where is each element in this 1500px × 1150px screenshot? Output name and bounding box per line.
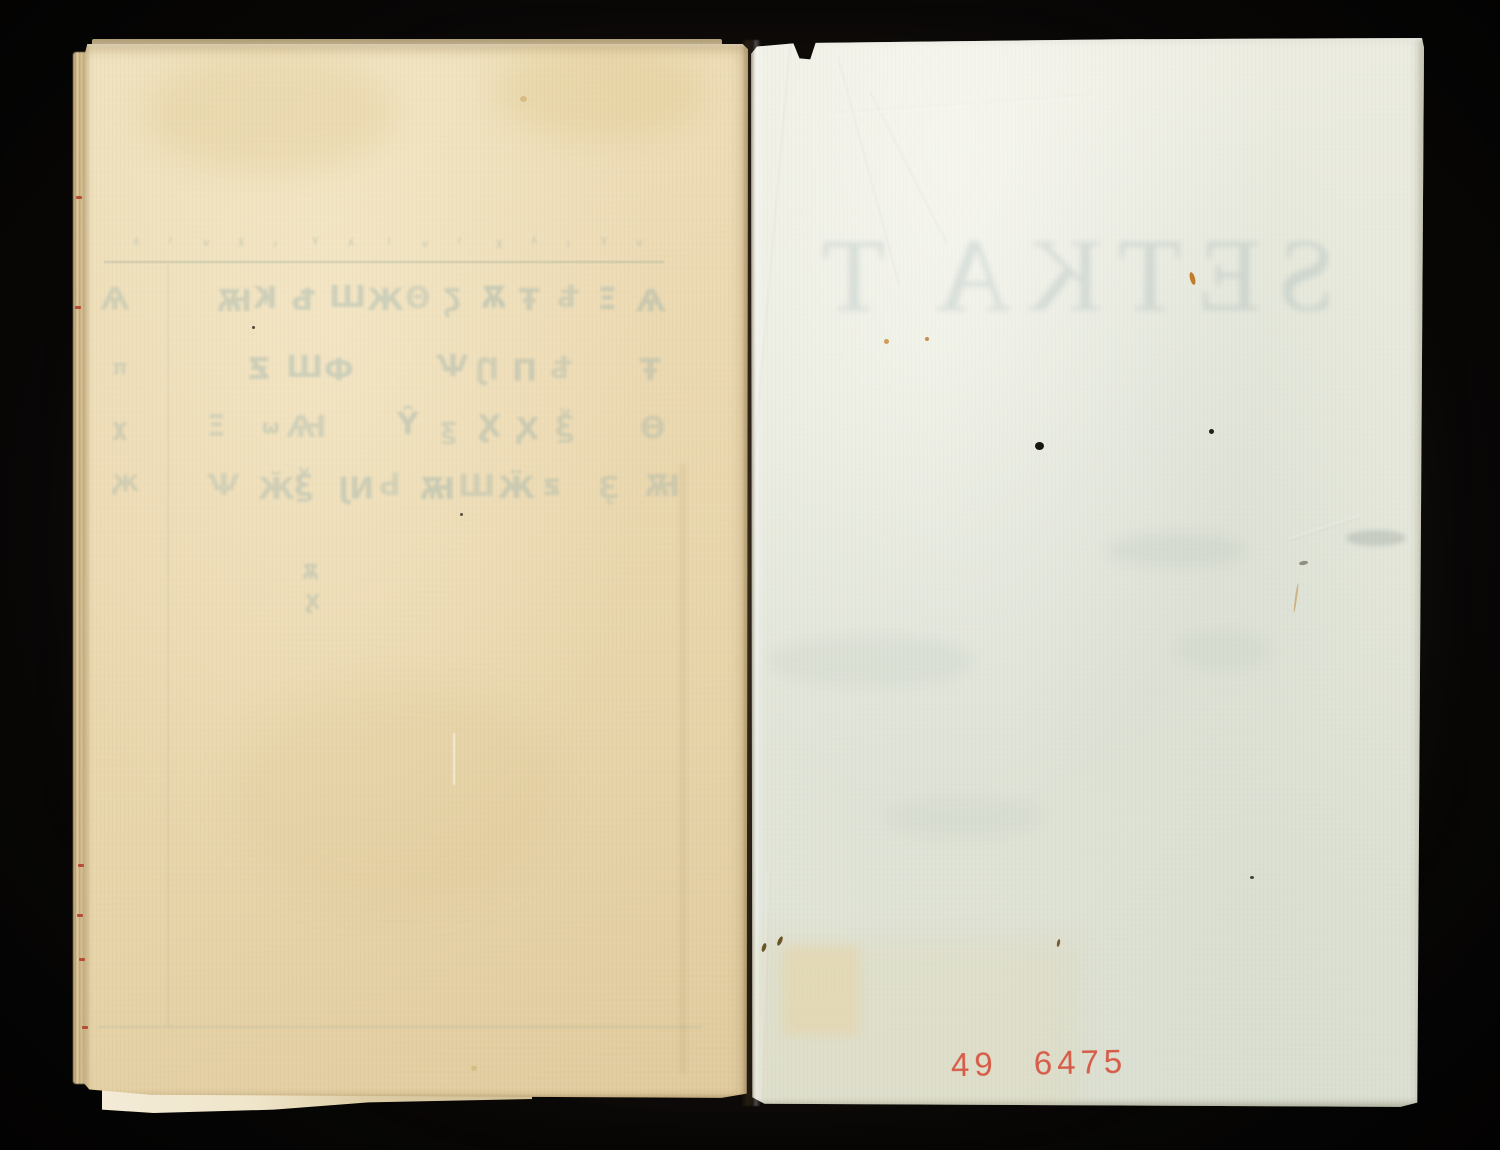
speck: [471, 1066, 477, 1071]
scanner-backdrop: ѦѬҜѢШЖΘζѪŦѣΞѦπƵШФѰŊΠѣŦχΞωѨŶƺӼҲѮƟҖѰӁѮǊЬѬШ…: [0, 0, 1500, 1150]
speck: [460, 513, 463, 516]
right-page: SETKA T 49 6475: [751, 38, 1424, 1108]
mark: [1299, 560, 1309, 566]
mark: [1293, 583, 1299, 613]
mark: [925, 337, 929, 341]
mark: [1188, 272, 1196, 286]
left-page: ѦѬҜѢШЖΘζѪŦѣΞѦπƵШФѰŊΠѣŦχΞωѨŶƺӼҲѮƟҖѰӁѮǊЬѬШ…: [84, 44, 748, 1100]
gutter-fold: [741, 40, 761, 1106]
left-page-specks: [84, 44, 748, 1100]
accession-number: 49 6475: [951, 1042, 1172, 1091]
mark: [884, 339, 889, 344]
right-page-marks: [751, 38, 1424, 1108]
mark: [776, 936, 784, 947]
mark: [1209, 429, 1214, 434]
mark: [1035, 442, 1044, 450]
speck: [520, 96, 527, 102]
mark: [761, 943, 768, 953]
mark: [1250, 876, 1254, 879]
speck: [252, 326, 255, 329]
mark: [1056, 939, 1061, 947]
